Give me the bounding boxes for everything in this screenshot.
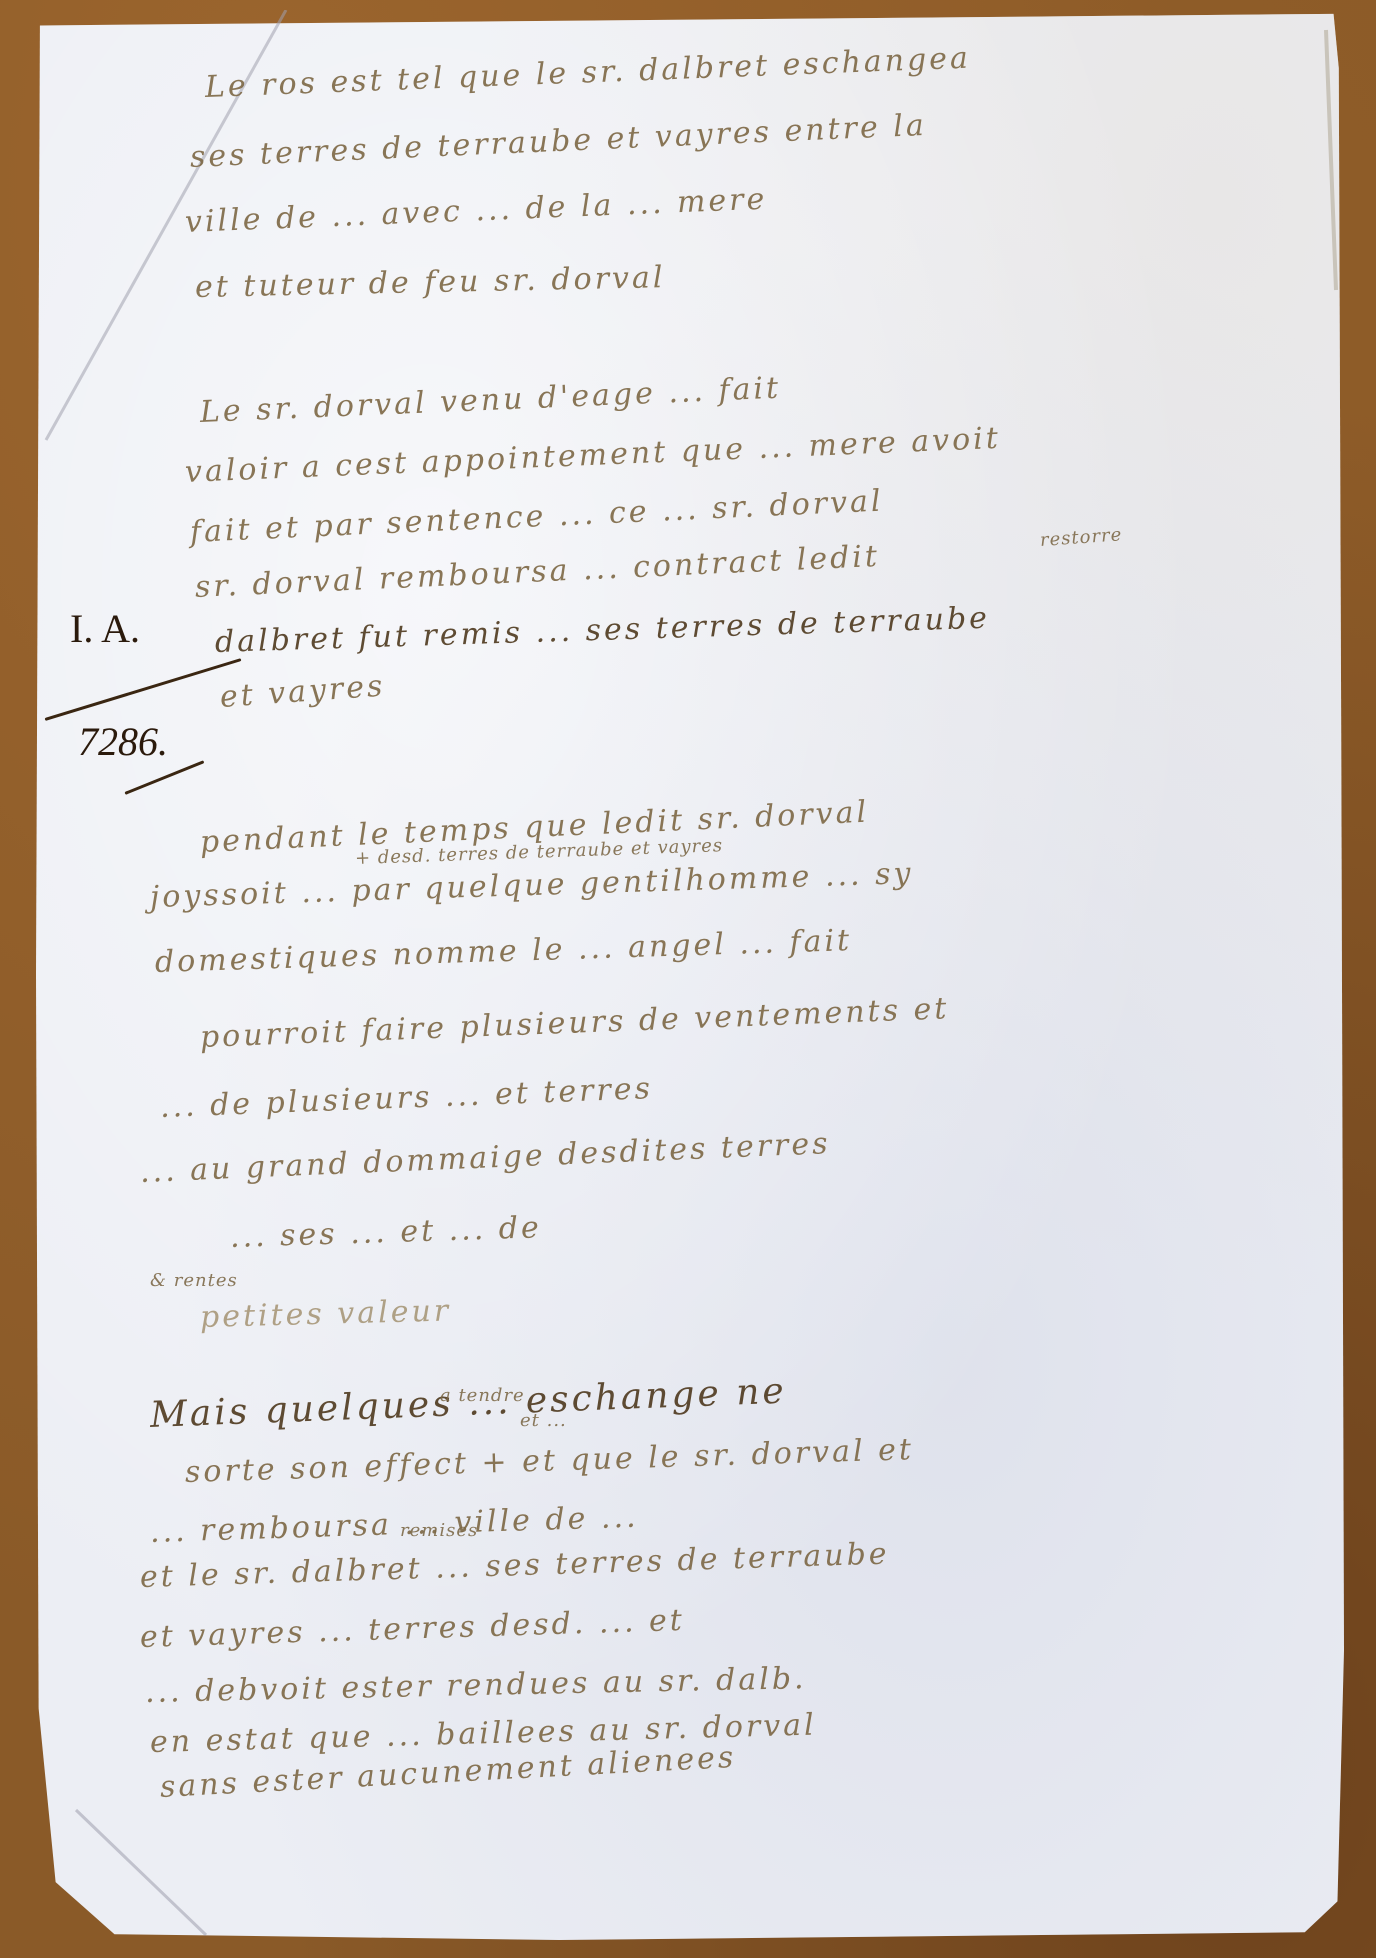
interlinear-note: remises xyxy=(400,1520,478,1541)
interlinear-note: & rentes xyxy=(150,1270,238,1291)
margin-reference-bottom: 7286. xyxy=(78,718,168,765)
interlinear-note: a tendre xyxy=(440,1385,525,1406)
text-line: petites valeur xyxy=(200,1293,452,1335)
interlinear-note: et ... xyxy=(520,1410,567,1431)
margin-reference-top: I. A. xyxy=(70,605,140,652)
